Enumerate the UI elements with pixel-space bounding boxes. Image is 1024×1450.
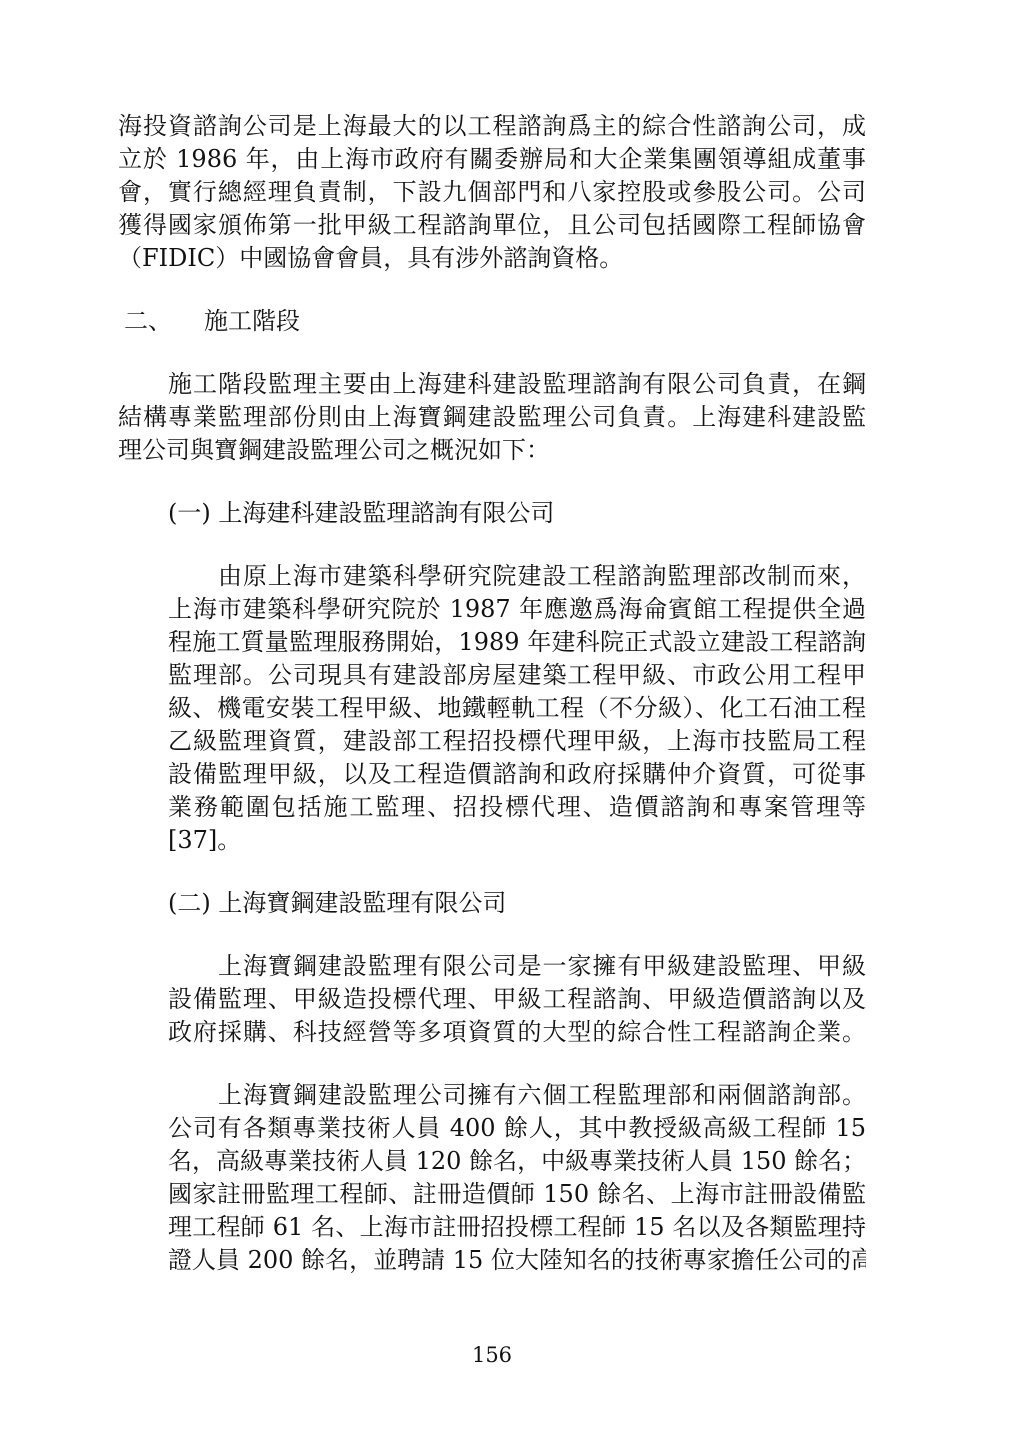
text-line: 施工階段監理主要由上海建科建設監理諮詢有限公司負責，在鋼 (118, 368, 866, 401)
subsection-1-heading: (一) 上海建科建設監理諮詢有限公司 (168, 497, 866, 530)
section-heading: 二、 施工階段 (118, 305, 866, 338)
text-line: 業務範圍包括施工監理、招投標代理、造價諮詢和專案管理等 (168, 791, 866, 824)
text-line: [37]。 (168, 824, 866, 857)
section-number: 二、 (124, 305, 172, 338)
text-line: 結構專業監理部份則由上海寶鋼建設監理公司負責。上海建科建設監 (118, 401, 866, 434)
text-line: 設備監理甲級，以及工程造價諮詢和政府採購仲介資質，可從事 (168, 758, 866, 791)
text-line: 名，高級專業技術人員 120 餘名，中級專業技術人員 150 餘名； (168, 1145, 866, 1178)
paragraph-baosteel-staff: 上海寶鋼建設監理公司擁有六個工程監理部和兩個諮詢部。公司有各類專業技術人員 40… (168, 1079, 866, 1277)
paragraph-intro-continuation: 海投資諮詢公司是上海最大的以工程諮詢爲主的綜合性諮詢公司，成立於 1986 年，… (118, 110, 866, 275)
text-line: 級、機電安裝工程甲級、地鐵輕軌工程（不分級）、化工石油工程 (168, 692, 866, 725)
text-line: 監理部。公司現具有建設部房屋建築工程甲級、市政公用工程甲 (168, 659, 866, 692)
document-page: 海投資諮詢公司是上海最大的以工程諮詢爲主的綜合性諮詢公司，成立於 1986 年，… (0, 0, 1024, 1450)
text-line: 乙級監理資質，建設部工程招投標代理甲級，上海市技監局工程 (168, 725, 866, 758)
page-number: 156 (118, 1342, 866, 1368)
text-line: 上海市建築科學研究院於 1987 年應邀爲海侖賓館工程提供全過 (168, 593, 866, 626)
text-line: 立於 1986 年，由上海市政府有關委辦局和大企業集團領導組成董事 (118, 143, 866, 176)
text-line: 海投資諮詢公司是上海最大的以工程諮詢爲主的綜合性諮詢公司，成 (118, 110, 866, 143)
text-line: 上海寶鋼建設監理有限公司是一家擁有甲級建設監理、甲級 (168, 950, 866, 983)
text-line: 國家註冊監理工程師、註冊造價師 150 餘名、上海市註冊設備監 (168, 1178, 866, 1211)
paragraph-baosteel-qualifications: 上海寶鋼建設監理有限公司是一家擁有甲級建設監理、甲級設備監理、甲級造投標代理、甲… (168, 950, 866, 1049)
text-line: 程施工質量監理服務開始，1989 年建科院正式設立建設工程諮詢 (168, 626, 866, 659)
text-line: 獲得國家頒佈第一批甲級工程諮詢單位，且公司包括國際工程師協會 (118, 209, 866, 242)
text-line: 理工程師 61 名、上海市註冊招投標工程師 15 名以及各類監理持 (168, 1211, 866, 1244)
subsection-group: (一) 上海建科建設監理諮詢有限公司 由原上海市建築科學研究院建設工程諮詢監理部… (168, 497, 866, 1277)
text-line: 公司有各類專業技術人員 400 餘人，其中教授級高級工程師 15 (168, 1112, 866, 1145)
section-title: 施工階段 (204, 305, 300, 338)
text-line: 政府採購、科技經營等多項資質的大型的綜合性工程諮詢企業。 (168, 1016, 866, 1049)
text-line: 證人員 200 餘名，並聘請 15 位大陸知名的技術專家擔任公司的高 (168, 1244, 866, 1277)
text-line: 設備監理、甲級造投標代理、甲級工程諮詢、甲級造價諮詢以及 (168, 983, 866, 1016)
text-line: 理公司與寶鋼建設監理公司之概況如下： (118, 434, 866, 467)
text-line: 上海寶鋼建設監理公司擁有六個工程監理部和兩個諮詢部。 (168, 1079, 866, 1112)
paragraph-jianke-company: 由原上海市建築科學研究院建設工程諮詢監理部改制而來，上海市建築科學研究院於 19… (168, 560, 866, 857)
text-line: 會，實行總經理負責制，下設九個部門和八家控股或參股公司。公司 (118, 176, 866, 209)
text-line: 由原上海市建築科學研究院建設工程諮詢監理部改制而來， (168, 560, 866, 593)
page-body: 海投資諮詢公司是上海最大的以工程諮詢爲主的綜合性諮詢公司，成立於 1986 年，… (118, 110, 866, 1307)
paragraph-supervision-overview: 施工階段監理主要由上海建科建設監理諮詢有限公司負責，在鋼結構專業監理部份則由上海… (118, 368, 866, 467)
subsection-2-heading: (二) 上海寶鋼建設監理有限公司 (168, 887, 866, 920)
text-line: （FIDIC）中國協會會員，具有涉外諮詢資格。 (118, 242, 866, 275)
